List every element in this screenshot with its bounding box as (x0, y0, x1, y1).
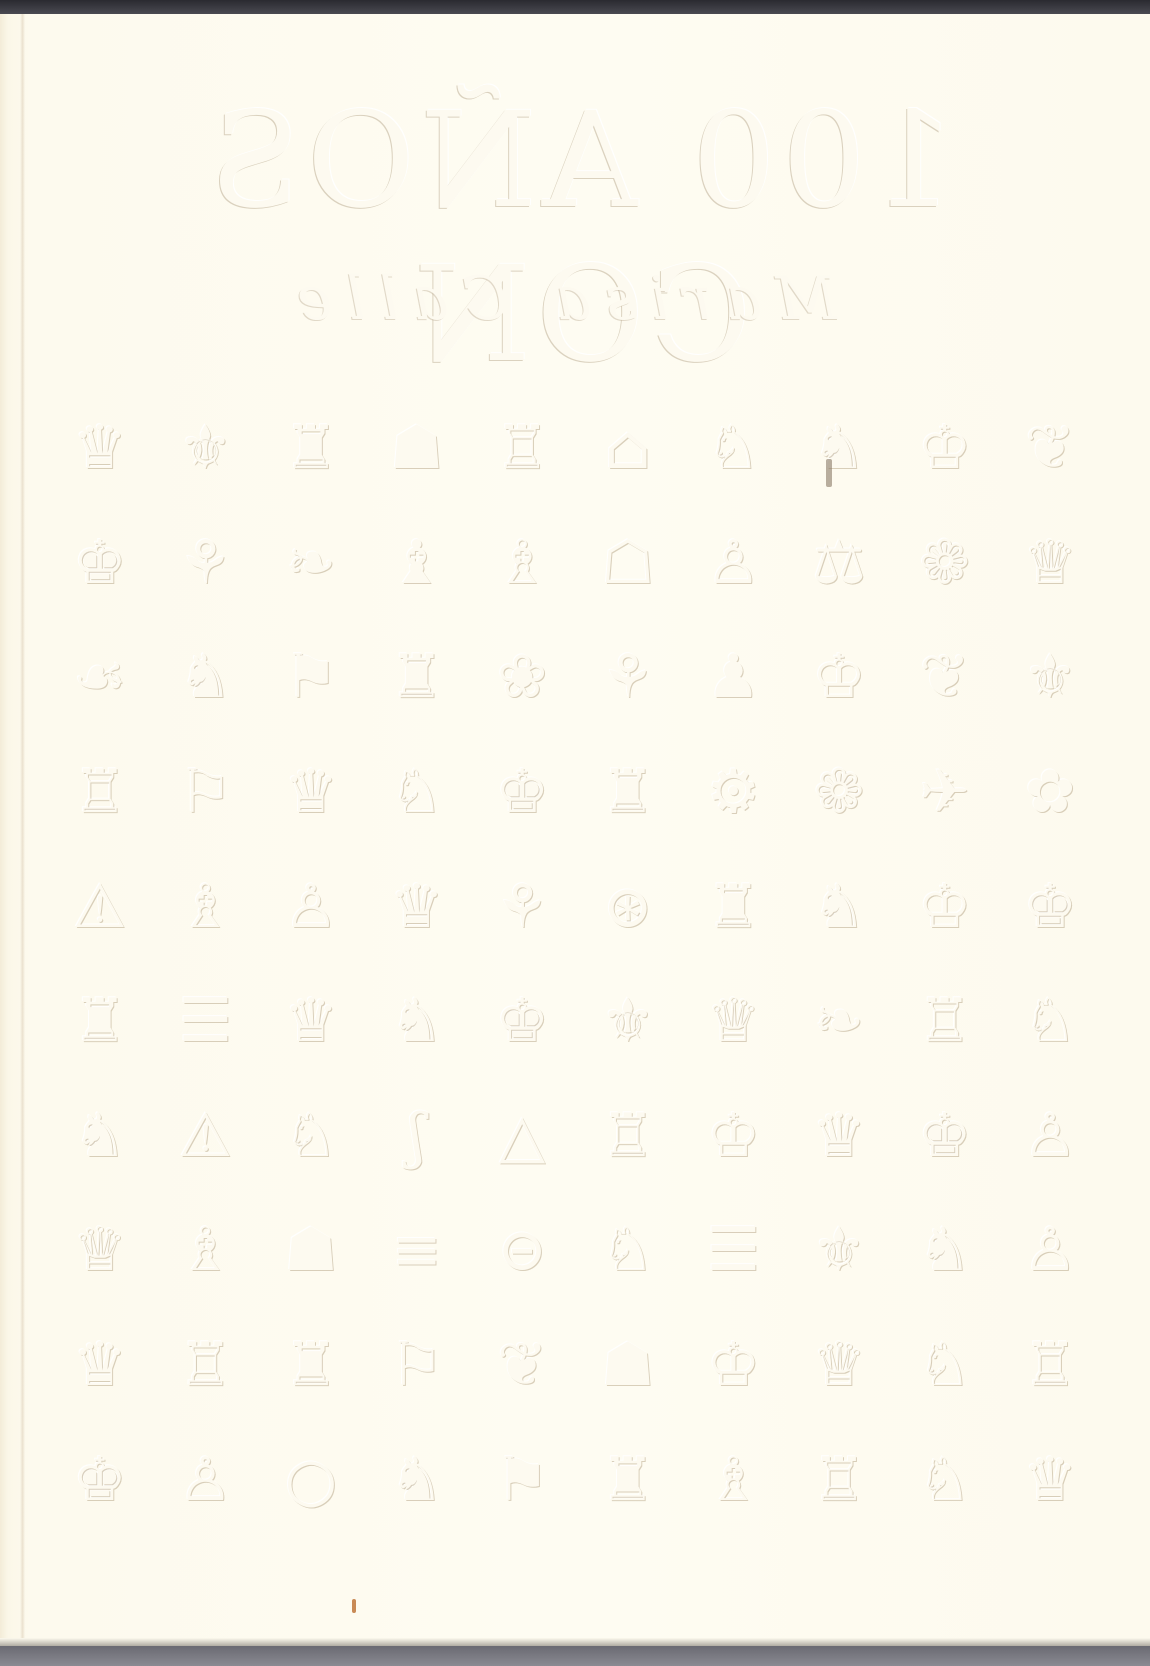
hallmark-symbol-icon: ♖ (578, 1082, 678, 1191)
spine-crease (20, 14, 25, 1646)
hallmark-symbol-icon: ♕ (1000, 509, 1100, 618)
hallmark-symbol-icon: ♜ (578, 1425, 678, 1534)
hallmark-symbol-icon: ♚ (50, 509, 150, 618)
hallmark-symbol-icon: ♟ (684, 623, 784, 732)
book-cover: 100 AÑOS CON Marisa Calle ♛⚜♜☗♖⌂♘♞♔❦♚⚘❧♝… (0, 14, 1150, 1646)
hallmark-symbol-icon: ♚ (472, 738, 572, 847)
hallmark-symbol-icon: ♛ (50, 394, 150, 503)
hallmark-symbol-icon: ☖ (578, 509, 678, 618)
hallmark-symbol-icon: ♚ (472, 967, 572, 1076)
hallmark-symbol-icon: ○ (261, 1425, 361, 1534)
hallmark-symbol-icon: ♕ (789, 1311, 889, 1420)
hallmark-symbol-icon: ♞ (789, 852, 889, 961)
hallmark-symbol-icon: ♛ (789, 1082, 889, 1191)
hallmark-symbol-icon: ♗ (472, 509, 572, 618)
hallmark-symbol-icon: ♗ (156, 852, 256, 961)
hallmark-symbol-icon: ✈ (895, 738, 995, 847)
hallmark-symbol-icon: ♕ (50, 1196, 150, 1305)
hallmark-symbol-icon: ♙ (684, 509, 784, 618)
hallmark-symbol-icon: ❧ (789, 967, 889, 1076)
hallmark-symbol-icon: ♙ (156, 1425, 256, 1534)
hallmark-symbol-icon: ♔ (789, 623, 889, 732)
hallmark-symbol-icon: ⚖ (789, 509, 889, 618)
hallmark-symbol-icon: ⚜ (789, 1196, 889, 1305)
cover-bottom-edge (0, 1638, 1150, 1646)
hallmark-symbol-icon: ♞ (50, 1082, 150, 1191)
cover-signature: Marisa Calle (260, 264, 860, 334)
stain-mark (352, 1599, 356, 1613)
hallmark-symbol-icon: ✿ (1000, 738, 1100, 847)
hallmark-symbol-icon: ♞ (156, 623, 256, 732)
hallmark-symbol-icon: ʃ (367, 1082, 467, 1191)
hallmark-symbol-icon: ⚜ (578, 967, 678, 1076)
hallmark-symbol-icon: ❦ (1000, 394, 1100, 503)
hallmark-symbol-icon: ♛ (261, 738, 361, 847)
hallmark-symbol-icon: ♜ (261, 1311, 361, 1420)
hallmark-symbol-icon: ❦ (895, 623, 995, 732)
hallmark-symbol-icon: ⌂ (578, 394, 678, 503)
hallmark-symbol-icon: ♞ (367, 967, 467, 1076)
hallmark-symbol-icon: ♜ (578, 738, 678, 847)
hallmark-symbol-icon: ❧ (261, 509, 361, 618)
hallmark-symbol-icon: ❦ (472, 1311, 572, 1420)
hallmark-symbol-icon: ♗ (684, 1425, 784, 1534)
hallmark-symbol-icon: ♔ (895, 394, 995, 503)
stain-mark (826, 459, 832, 487)
hallmark-symbol-icon: ⚠ (156, 1082, 256, 1191)
hallmark-symbol-icon: ❁ (789, 738, 889, 847)
hallmark-symbol-icon: ♛ (367, 852, 467, 961)
hallmark-symbol-icon: ♘ (895, 1425, 995, 1534)
hallmark-symbol-icon: ♙ (1000, 1196, 1100, 1305)
hallmark-symbol-icon: ♖ (1000, 1311, 1100, 1420)
hallmark-symbol-icon: ⚐ (156, 738, 256, 847)
cover-title: 100 AÑOS CON (30, 84, 1130, 392)
hallmark-symbol-icon: ☗ (367, 394, 467, 503)
hallmark-symbol-icon: ❀ (472, 623, 572, 732)
hallmark-symbol-icon: ♕ (684, 967, 784, 1076)
hallmark-symbol-icon: ♖ (895, 967, 995, 1076)
hallmark-symbol-icon: ♚ (50, 1425, 150, 1534)
hallmark-symbol-icon: ♔ (684, 1311, 784, 1420)
hallmark-symbol-icon: ♖ (50, 738, 150, 847)
hallmark-symbol-icon: ♞ (789, 394, 889, 503)
hallmark-symbol-icon: ♔ (684, 1082, 784, 1191)
hallmark-symbol-icon: ⚜ (156, 394, 256, 503)
hallmark-symbol-icon: ☗ (261, 1196, 361, 1305)
hallmark-symbol-icon: ⚙ (684, 738, 784, 847)
hallmark-symbol-icon: ♞ (895, 1196, 995, 1305)
hallmark-symbol-icon: ♙ (261, 852, 361, 961)
hallmark-symbol-icon: ♘ (367, 738, 467, 847)
hallmark-symbol-icon: ≡ (367, 1196, 467, 1305)
hallmark-symbol-icon: ⚐ (367, 1311, 467, 1420)
hallmark-symbol-icon: ♙ (1000, 1082, 1100, 1191)
hallmark-symbol-icon: ♖ (789, 1425, 889, 1534)
hallmark-symbol-icon: ☙ (50, 623, 150, 732)
hallmark-symbol-icon: ☗ (578, 1311, 678, 1420)
hallmark-symbol-icon: ♚ (895, 1082, 995, 1191)
hallmark-symbol-icon: ♘ (684, 394, 784, 503)
hallmark-symbol-icon: ⊝ (472, 1196, 572, 1305)
hallmark-symbol-icon: ♗ (156, 1196, 256, 1305)
hallmark-symbol-icon: ♖ (472, 394, 572, 503)
hallmark-symbol-icon: ♜ (367, 623, 467, 732)
scan-top-border (0, 0, 1150, 14)
hallmark-symbol-icon: ⚘ (156, 509, 256, 618)
hallmark-symbol-icon: ♝ (367, 509, 467, 618)
hallmark-symbol-icon: ♔ (895, 852, 995, 961)
hallmark-symbol-icon: ⊛ (578, 852, 678, 961)
hallmark-symbol-icon: ☰ (684, 1196, 784, 1305)
hallmark-symbol-icon: ⚘ (472, 852, 572, 961)
hallmark-symbol-icon: △ (472, 1082, 572, 1191)
hallmark-symbol-icon: ♛ (261, 967, 361, 1076)
hallmark-symbol-icon: ♘ (578, 1196, 678, 1305)
scan-bottom-border (0, 1646, 1150, 1666)
hallmark-symbol-icon: ♜ (261, 394, 361, 503)
hallmark-symbol-icon: ⚜ (1000, 623, 1100, 732)
hallmark-symbol-icon: ♞ (367, 1425, 467, 1534)
hallmark-symbol-icon: ♛ (1000, 1425, 1100, 1534)
hallmark-symbol-icon: ♜ (50, 967, 150, 1076)
hallmark-symbol-icon: ⚑ (472, 1425, 572, 1534)
hallmark-symbol-icon: ♘ (895, 1311, 995, 1420)
hallmark-symbol-icon: ♖ (156, 1311, 256, 1420)
hallmark-symbol-icon: ♛ (50, 1311, 150, 1420)
hallmark-symbol-icon: ⚘ (578, 623, 678, 732)
hallmark-symbol-icon: ♘ (261, 1082, 361, 1191)
hallmark-symbol-icon: ♘ (1000, 967, 1100, 1076)
hallmark-symbol-icon: ♚ (1000, 852, 1100, 961)
hallmark-grid: ♛⚜♜☗♖⌂♘♞♔❦♚⚘❧♝♗☖♙⚖❁♕☙♞⚑♜❀⚘♟♔❦⚜♖⚐♛♘♚♜⚙❁✈✿… (50, 394, 1100, 1534)
hallmark-symbol-icon: ❁ (895, 509, 995, 618)
hallmark-symbol-icon: ♜ (684, 852, 784, 961)
hallmark-symbol-icon: ☰ (156, 967, 256, 1076)
hallmark-symbol-icon: ⚑ (261, 623, 361, 732)
hallmark-symbol-icon: ⚠ (50, 852, 150, 961)
